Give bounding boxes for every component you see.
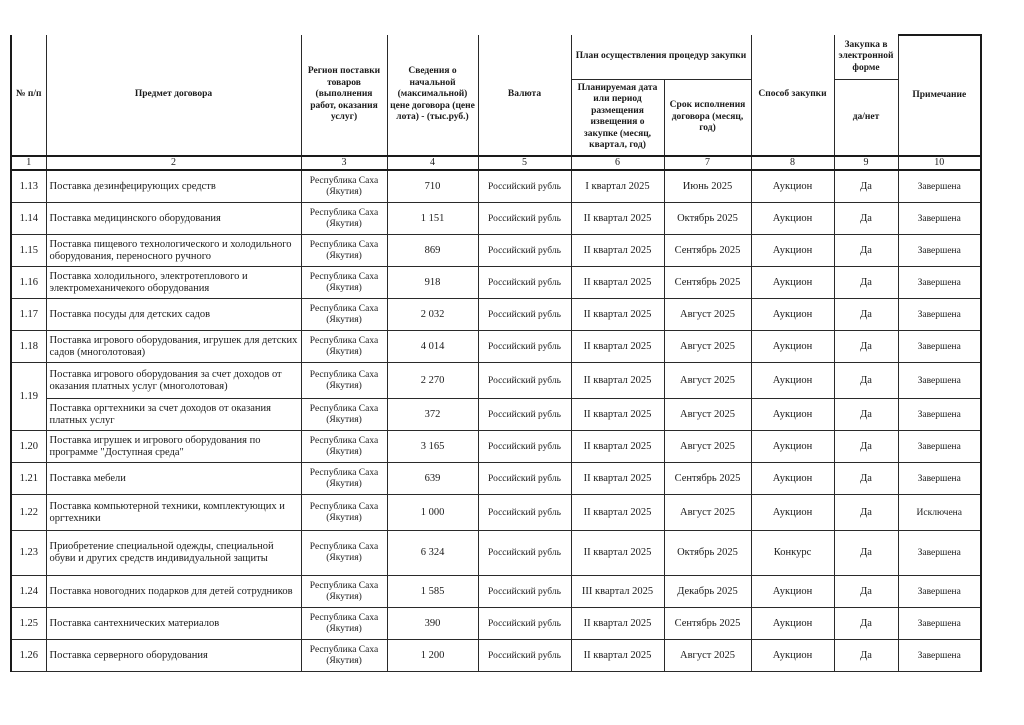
delivery-region: Республика Саха (Якутия) (301, 267, 387, 299)
header-method: Способ закупки (751, 35, 834, 156)
delivery-region: Республика Саха (Якутия) (301, 463, 387, 495)
row-number: 1.26 (11, 640, 46, 672)
status-note: Завершена (898, 531, 981, 576)
electronic-form: Да (834, 399, 898, 431)
currency: Российский рубль (478, 640, 571, 672)
column-number: 2 (46, 156, 301, 170)
contract-subject: Поставка игрового оборудования за счет д… (46, 363, 301, 399)
planned-period: II квартал 2025 (571, 399, 664, 431)
row-number: 1.20 (11, 431, 46, 463)
delivery-region: Республика Саха (Якутия) (301, 399, 387, 431)
contract-subject: Поставка посуды для детских садов (46, 299, 301, 331)
row-number: 1.24 (11, 576, 46, 608)
electronic-form: Да (834, 363, 898, 399)
header-subject: Предмет договора (46, 35, 301, 156)
column-number: 5 (478, 156, 571, 170)
status-note: Завершена (898, 463, 981, 495)
currency: Российский рубль (478, 576, 571, 608)
procurement-method: Аукцион (751, 576, 834, 608)
contract-subject: Поставка игрушек и игрового оборудования… (46, 431, 301, 463)
procurement-method: Аукцион (751, 363, 834, 399)
initial-price: 2 270 (387, 363, 478, 399)
row-number: 1.23 (11, 531, 46, 576)
contract-term: Сентябрь 2025 (664, 267, 751, 299)
initial-price: 1 200 (387, 640, 478, 672)
planned-period: I квартал 2025 (571, 170, 664, 203)
column-number: 3 (301, 156, 387, 170)
header-currency: Валюта (478, 35, 571, 156)
currency: Российский рубль (478, 299, 571, 331)
table-row: 1.21Поставка мебелиРеспублика Саха (Якут… (11, 463, 981, 495)
column-number: 1 (11, 156, 46, 170)
table-row: 1.24Поставка новогодних подарков для дет… (11, 576, 981, 608)
contract-term: Декабрь 2025 (664, 576, 751, 608)
electronic-form: Да (834, 576, 898, 608)
contract-term: Август 2025 (664, 495, 751, 531)
initial-price: 869 (387, 235, 478, 267)
row-number: 1.15 (11, 235, 46, 267)
row-number: 1.18 (11, 331, 46, 363)
planned-period: II квартал 2025 (571, 495, 664, 531)
electronic-form: Да (834, 463, 898, 495)
table-row: Поставка оргтехники за счет доходов от о… (11, 399, 981, 431)
status-note: Завершена (898, 331, 981, 363)
electronic-form: Да (834, 495, 898, 531)
currency: Российский рубль (478, 235, 571, 267)
column-number: 7 (664, 156, 751, 170)
electronic-form: Да (834, 235, 898, 267)
row-number: 1.17 (11, 299, 46, 331)
procurement-method: Конкурс (751, 531, 834, 576)
status-note: Завершена (898, 299, 981, 331)
header-planned-date: Планируемая дата или период размещения и… (571, 79, 664, 156)
contract-subject: Поставка серверного оборудования (46, 640, 301, 672)
status-note: Завершена (898, 640, 981, 672)
initial-price: 1 151 (387, 203, 478, 235)
header-contract-term: Срок исполнения договора (месяц, год) (664, 79, 751, 156)
procurement-method: Аукцион (751, 299, 834, 331)
procurement-method: Аукцион (751, 267, 834, 299)
electronic-form: Да (834, 170, 898, 203)
row-number: 1.21 (11, 463, 46, 495)
column-number: 9 (834, 156, 898, 170)
contract-term: Октябрь 2025 (664, 203, 751, 235)
column-numbers-row: 12345678910 (11, 156, 981, 170)
status-note: Завершена (898, 431, 981, 463)
status-note: Завершена (898, 235, 981, 267)
status-note: Завершена (898, 267, 981, 299)
column-number: 4 (387, 156, 478, 170)
planned-period: II квартал 2025 (571, 608, 664, 640)
procurement-method: Аукцион (751, 399, 834, 431)
table-row: 1.13Поставка дезинфецирующих средствРесп… (11, 170, 981, 203)
contract-term: Август 2025 (664, 399, 751, 431)
contract-subject: Поставка игрового оборудования, игрушек … (46, 331, 301, 363)
planned-period: II квартал 2025 (571, 299, 664, 331)
currency: Российский рубль (478, 170, 571, 203)
column-number: 8 (751, 156, 834, 170)
electronic-form: Да (834, 299, 898, 331)
header-yes-no: да/нет (834, 79, 898, 156)
electronic-form: Да (834, 203, 898, 235)
table-row: 1.18Поставка игрового оборудования, игру… (11, 331, 981, 363)
contract-subject: Поставка пищевого технологического и хол… (46, 235, 301, 267)
delivery-region: Республика Саха (Якутия) (301, 203, 387, 235)
initial-price: 6 324 (387, 531, 478, 576)
initial-price: 710 (387, 170, 478, 203)
currency: Российский рубль (478, 203, 571, 235)
initial-price: 918 (387, 267, 478, 299)
currency: Российский рубль (478, 608, 571, 640)
initial-price: 1 585 (387, 576, 478, 608)
currency: Российский рубль (478, 331, 571, 363)
electronic-form: Да (834, 640, 898, 672)
initial-price: 639 (387, 463, 478, 495)
contract-subject: Поставка оргтехники за счет доходов от о… (46, 399, 301, 431)
planned-period: II квартал 2025 (571, 235, 664, 267)
table-row: 1.23Приобретение специальной одежды, спе… (11, 531, 981, 576)
contract-subject: Поставка мебели (46, 463, 301, 495)
delivery-region: Республика Саха (Якутия) (301, 299, 387, 331)
contract-subject: Поставка холодильного, электротеплового … (46, 267, 301, 299)
row-number: 1.16 (11, 267, 46, 299)
status-note: Завершена (898, 608, 981, 640)
column-number: 10 (898, 156, 981, 170)
contract-term: Август 2025 (664, 431, 751, 463)
row-number: 1.13 (11, 170, 46, 203)
procurement-method: Аукцион (751, 608, 834, 640)
delivery-region: Республика Саха (Якутия) (301, 576, 387, 608)
contract-subject: Поставка дезинфецирующих средств (46, 170, 301, 203)
procurement-method: Аукцион (751, 495, 834, 531)
procurement-method: Аукцион (751, 640, 834, 672)
contract-subject: Поставка медицинского оборудования (46, 203, 301, 235)
contract-subject: Приобретение специальной одежды, специал… (46, 531, 301, 576)
planned-period: II квартал 2025 (571, 531, 664, 576)
row-number: 1.25 (11, 608, 46, 640)
procurement-plan-table: № п/п Предмет договора Регион поставки т… (10, 34, 982, 672)
table-row: 1.17Поставка посуды для детских садовРес… (11, 299, 981, 331)
contract-term: Сентябрь 2025 (664, 235, 751, 267)
electronic-form: Да (834, 331, 898, 363)
planned-period: II квартал 2025 (571, 267, 664, 299)
delivery-region: Республика Саха (Якутия) (301, 608, 387, 640)
procurement-method: Аукцион (751, 203, 834, 235)
header-region: Регион поставки товаров (выполнения рабо… (301, 35, 387, 156)
initial-price: 3 165 (387, 431, 478, 463)
row-number: 1.14 (11, 203, 46, 235)
delivery-region: Республика Саха (Якутия) (301, 331, 387, 363)
initial-price: 4 014 (387, 331, 478, 363)
header-electronic-group: Закупка в электронной форме (834, 35, 898, 79)
status-note: Завершена (898, 203, 981, 235)
table-row: 1.15Поставка пищевого технологического и… (11, 235, 981, 267)
planned-period: II квартал 2025 (571, 463, 664, 495)
row-number: 1.22 (11, 495, 46, 531)
contract-subject: Поставка компьютерной техники, комплекту… (46, 495, 301, 531)
procurement-method: Аукцион (751, 170, 834, 203)
delivery-region: Республика Саха (Якутия) (301, 235, 387, 267)
initial-price: 372 (387, 399, 478, 431)
currency: Российский рубль (478, 495, 571, 531)
planned-period: II квартал 2025 (571, 431, 664, 463)
status-note: Завершена (898, 170, 981, 203)
planned-period: II квартал 2025 (571, 203, 664, 235)
status-note: Завершена (898, 576, 981, 608)
contract-term: Август 2025 (664, 299, 751, 331)
delivery-region: Республика Саха (Якутия) (301, 170, 387, 203)
contract-term: Июнь 2025 (664, 170, 751, 203)
table-row: 1.14Поставка медицинского оборудованияРе… (11, 203, 981, 235)
currency: Российский рубль (478, 399, 571, 431)
contract-term: Август 2025 (664, 363, 751, 399)
row-number: 1.19 (11, 363, 46, 431)
contract-term: Август 2025 (664, 640, 751, 672)
table-row: 1.26Поставка серверного оборудованияРесп… (11, 640, 981, 672)
procurement-method: Аукцион (751, 331, 834, 363)
header-note: Примечание (898, 35, 981, 156)
table-row: 1.16Поставка холодильного, электротеплов… (11, 267, 981, 299)
header-number: № п/п (11, 35, 46, 156)
delivery-region: Республика Саха (Якутия) (301, 363, 387, 399)
contract-subject: Поставка сантехнических материалов (46, 608, 301, 640)
contract-term: Сентябрь 2025 (664, 608, 751, 640)
electronic-form: Да (834, 531, 898, 576)
column-number: 6 (571, 156, 664, 170)
electronic-form: Да (834, 267, 898, 299)
planned-period: II квартал 2025 (571, 363, 664, 399)
currency: Российский рубль (478, 267, 571, 299)
procurement-method: Аукцион (751, 463, 834, 495)
status-note: Исключена (898, 495, 981, 531)
header-price: Сведения о начальной (максимальной) цене… (387, 35, 478, 156)
contract-subject: Поставка новогодних подарков для детей с… (46, 576, 301, 608)
delivery-region: Республика Саха (Якутия) (301, 531, 387, 576)
electronic-form: Да (834, 608, 898, 640)
initial-price: 1 000 (387, 495, 478, 531)
currency: Российский рубль (478, 531, 571, 576)
planned-period: II квартал 2025 (571, 331, 664, 363)
currency: Российский рубль (478, 363, 571, 399)
delivery-region: Республика Саха (Якутия) (301, 640, 387, 672)
contract-term: Сентябрь 2025 (664, 463, 751, 495)
contract-term: Август 2025 (664, 331, 751, 363)
table-row: 1.22Поставка компьютерной техники, компл… (11, 495, 981, 531)
table-row: 1.20Поставка игрушек и игрового оборудов… (11, 431, 981, 463)
procurement-method: Аукцион (751, 235, 834, 267)
currency: Российский рубль (478, 431, 571, 463)
header-plan-group: План осуществления процедур закупки (571, 35, 751, 79)
currency: Российский рубль (478, 463, 571, 495)
delivery-region: Республика Саха (Якутия) (301, 431, 387, 463)
electronic-form: Да (834, 431, 898, 463)
planned-period: III квартал 2025 (571, 576, 664, 608)
initial-price: 2 032 (387, 299, 478, 331)
status-note: Завершена (898, 399, 981, 431)
status-note: Завершена (898, 363, 981, 399)
initial-price: 390 (387, 608, 478, 640)
table-row: 1.19Поставка игрового оборудования за сч… (11, 363, 981, 399)
planned-period: II квартал 2025 (571, 640, 664, 672)
delivery-region: Республика Саха (Якутия) (301, 495, 387, 531)
table-row: 1.25Поставка сантехнических материаловРе… (11, 608, 981, 640)
procurement-method: Аукцион (751, 431, 834, 463)
contract-term: Октябрь 2025 (664, 531, 751, 576)
